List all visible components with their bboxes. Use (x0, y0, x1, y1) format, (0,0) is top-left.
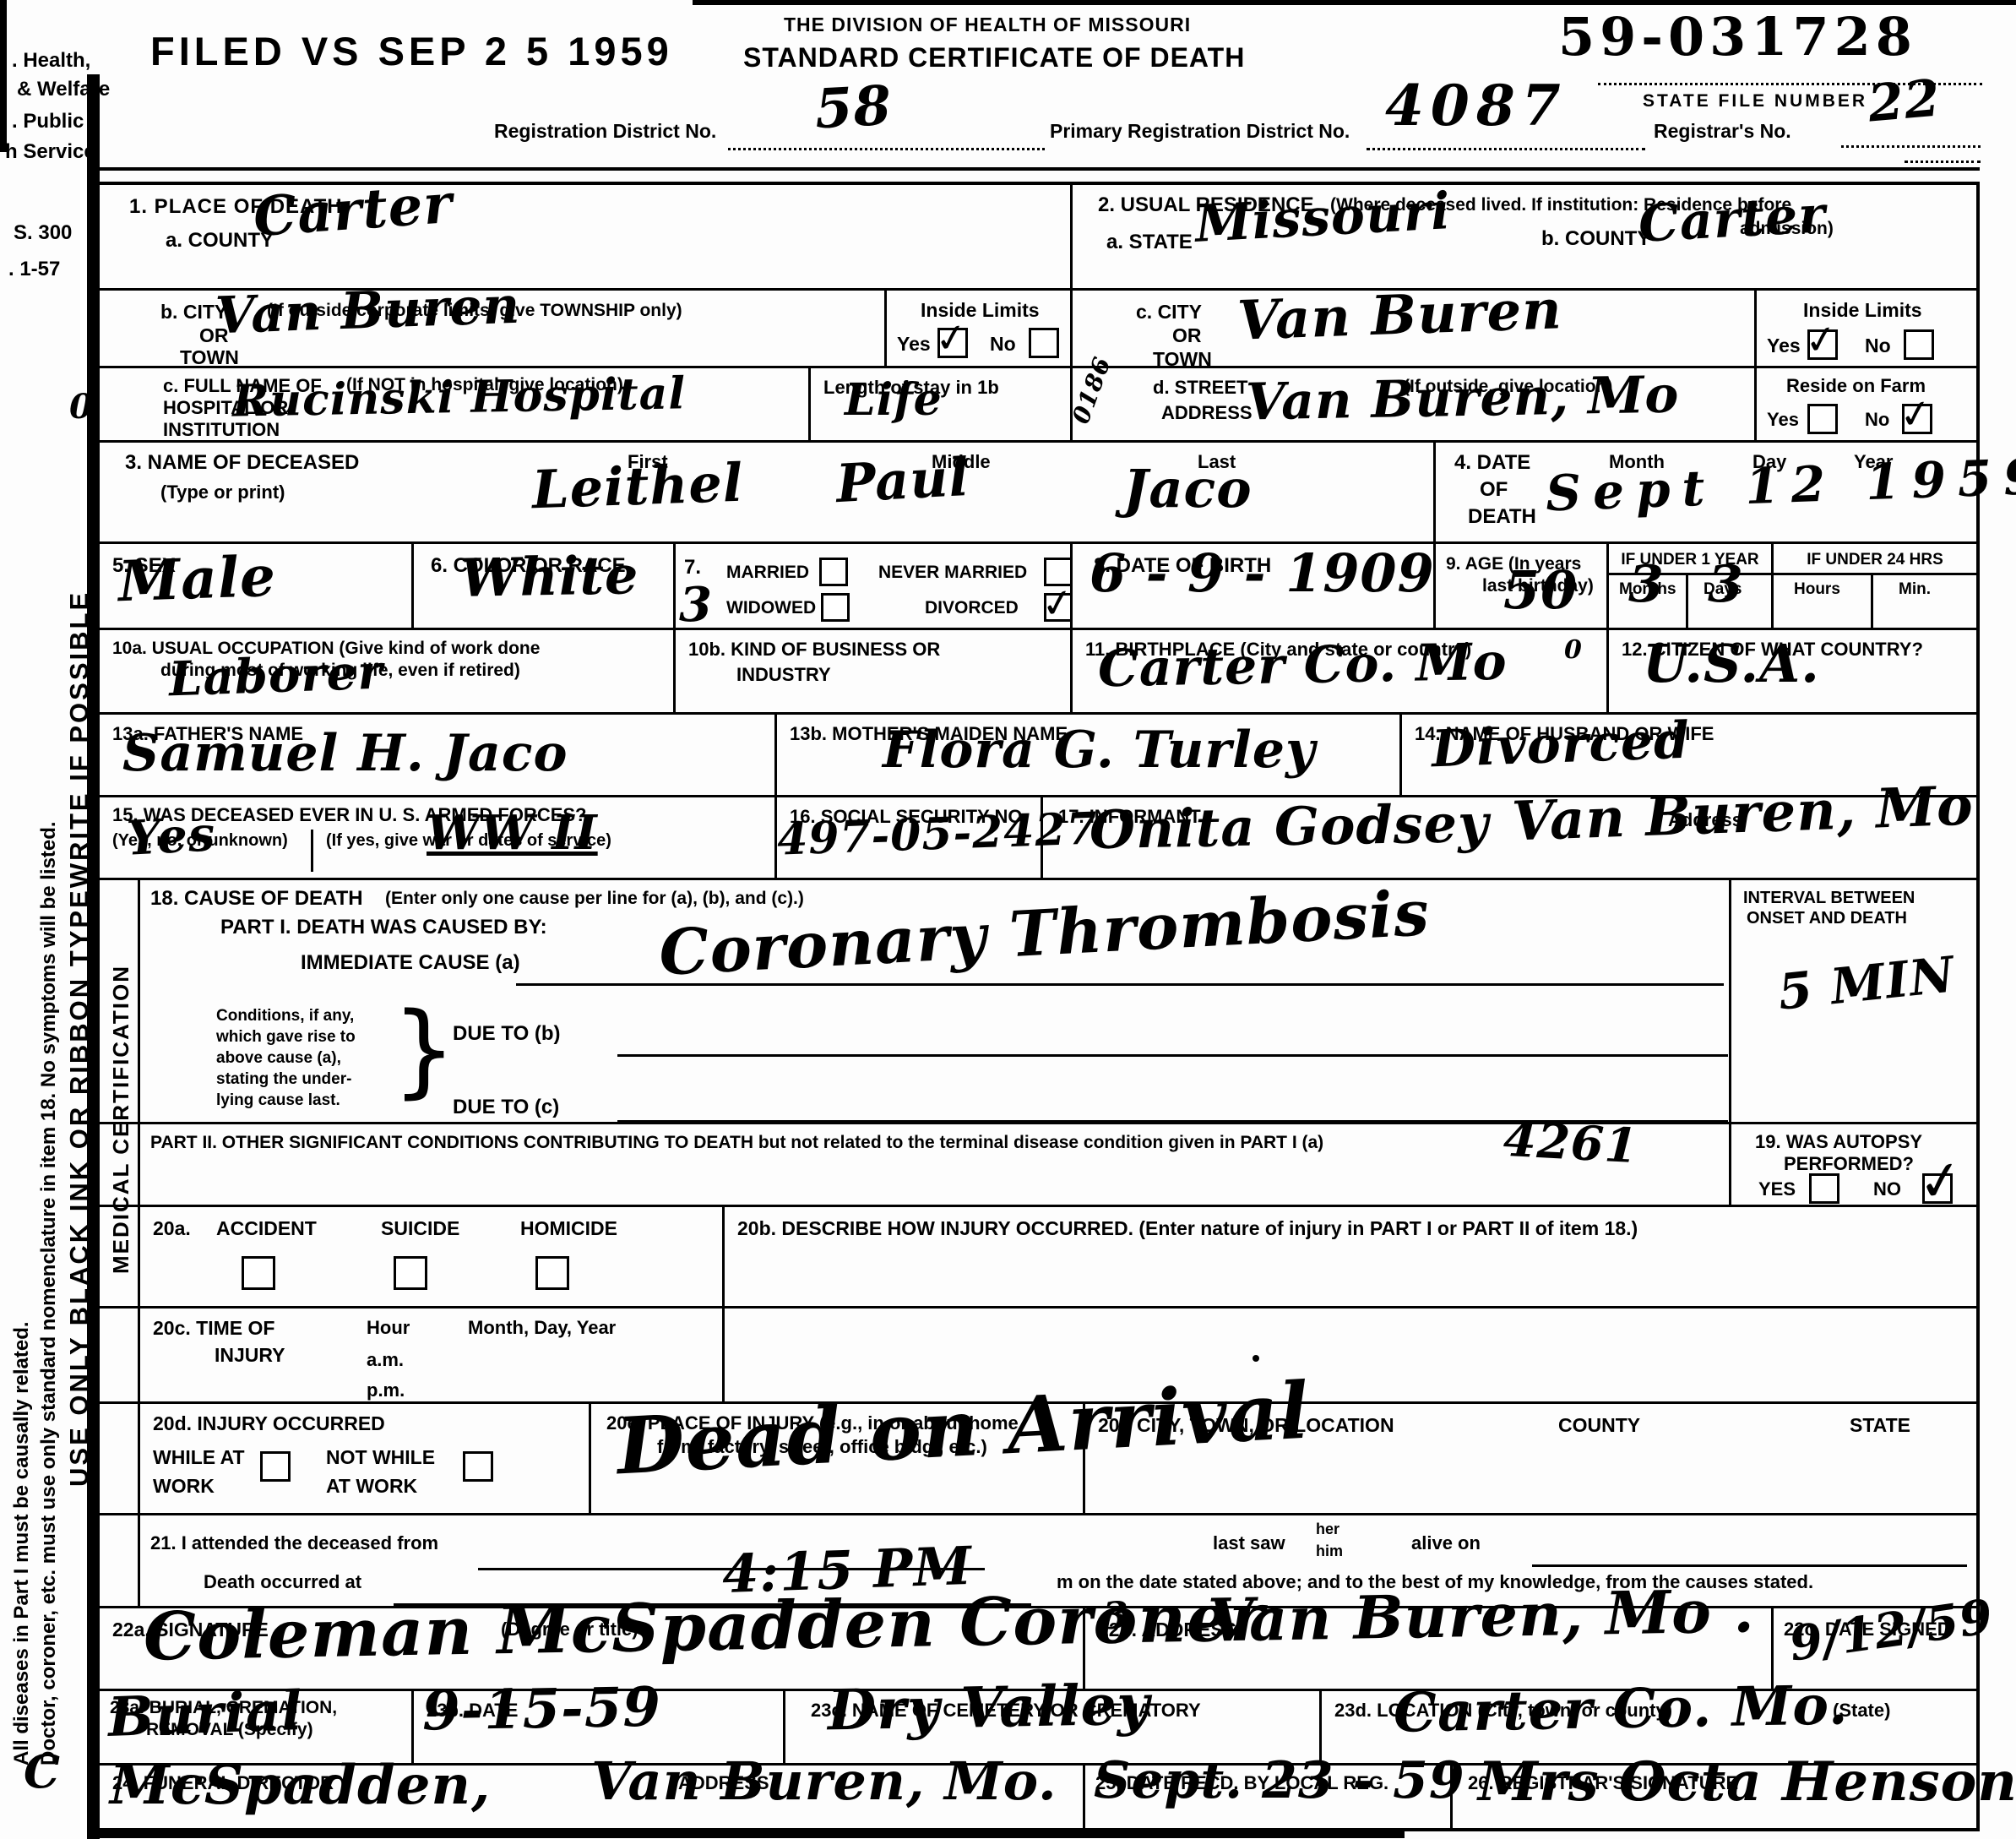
value-certifier-signature: Coleman McSpadden Coroner (143, 1585, 1265, 1670)
stray-mark-signature: 3 (1102, 1598, 1129, 1635)
registrar-no-value: 22 (1867, 73, 1943, 129)
label-autopsy-no: NO (1873, 1178, 1901, 1200)
value-residence-county: Carter (1638, 189, 1828, 250)
reg-district-line (728, 148, 1045, 150)
filed-stamp: FILED VS SEP 2 5 1959 (150, 29, 673, 74)
value-informant: Onita Godsey (1089, 797, 1489, 857)
checkbox-accident (242, 1256, 275, 1290)
label-month-day-year: Month, Day, Year (468, 1317, 616, 1338)
stray-mark-birthplace: 0 (1564, 638, 1583, 663)
label-due-to-b: DUE TO (b) (453, 1022, 561, 1046)
division-title: THE DIVISION OF HEALTH OF MISSOURI (784, 14, 1191, 35)
label-conditions-3: above cause (a), (216, 1049, 341, 1068)
field-2c-inside-limits: Inside Limits Yes No (1757, 291, 1976, 368)
label-state-20f: STATE (1850, 1414, 1910, 1436)
checkbox-homicide (535, 1256, 569, 1290)
value-registrar-name: Mrs Octa Henson (1478, 1755, 2016, 1809)
value-mother-name: Flora G. Turley (883, 725, 1316, 775)
label-never-married: NEVER MARRIED (878, 563, 1027, 583)
value-middle-name: Paul (834, 451, 970, 510)
label-suicide: SUICIDE (381, 1217, 459, 1239)
label-pm: p.m. (367, 1379, 405, 1401)
value-occupation: Laborer (168, 649, 384, 704)
margin-note-diseases: All diseases in Part I must be causally … (10, 1321, 34, 1766)
label-yes-1: Yes (897, 333, 931, 355)
due-to-b-line (617, 1054, 1728, 1057)
checkbox-inside-limits-2-yes (1807, 329, 1838, 360)
value-marital-note: 3 (679, 581, 713, 628)
medical-certification-strip (100, 1207, 140, 1309)
label-divorced: DIVORCED (925, 598, 1019, 618)
label-town-1: TOWN (180, 346, 239, 368)
value-armed-forces-war: WW II (427, 809, 598, 857)
medical-certification-strip (100, 1124, 140, 1207)
label-town-2: TOWN (1153, 348, 1212, 370)
label-min: Min. (1899, 580, 1931, 599)
checkbox-not-while-at-work (463, 1451, 493, 1482)
medical-certification-strip (100, 1404, 140, 1515)
reg-district-value: 58 (813, 79, 893, 138)
label-hour: Hour (367, 1317, 410, 1338)
label-part-2: PART II. OTHER SIGNIFICANT CONDITIONS CO… (150, 1133, 1323, 1153)
value-citizen: U.S.A. (1643, 638, 1820, 690)
form-top-rule (100, 167, 1980, 171)
scan-left-edge (0, 0, 7, 152)
certificate-title: STANDARD CERTIFICATE OF DEATH (743, 42, 1245, 73)
registrar-no-line1 (1841, 145, 1981, 148)
value-ssn: 497-05-2427 (776, 807, 1098, 862)
value-birthplace: Carter Co. Mo (1098, 637, 1508, 694)
label-conditions-1: Conditions, if any, (216, 1007, 354, 1026)
field-20b-describe-injury: 20b. DESCRIBE HOW INJURY OCCURRED. (Ente… (725, 1207, 1976, 1309)
scan-top-edge (693, 0, 2016, 5)
label-part-1: PART I. DEATH WAS CAUSED BY: (220, 916, 547, 939)
label-industry-1: 10b. KIND OF BUSINESS OR (688, 639, 940, 660)
label-interval-1: INTERVAL BETWEEN (1743, 889, 1915, 908)
field-18-part-2: PART II. OTHER SIGNIFICANT CONDITIONS CO… (140, 1124, 1731, 1207)
field-20a-accident: 20a. ACCIDENT SUICIDE HOMICIDE (140, 1207, 725, 1309)
value-last-name: Jaco (1123, 463, 1253, 515)
value-sex: Male (117, 548, 277, 609)
label-conditions-2: which gave rise to (216, 1028, 356, 1047)
label-no-1: No (990, 333, 1016, 355)
label-state: a. STATE (1106, 231, 1193, 254)
value-father-name: Samuel H. Jaco (122, 728, 568, 779)
label-immediate-cause: IMMEDIATE CAUSE (a) (301, 951, 520, 975)
checkbox-suicide (394, 1256, 427, 1290)
field-19-autopsy: 19. WAS AUTOPSY PERFORMED? YES NO (1731, 1124, 1976, 1207)
label-at-work: AT WORK (326, 1475, 417, 1497)
label-due-to-c: DUE TO (c) (453, 1096, 559, 1119)
medical-certification-strip (100, 1309, 140, 1404)
label-while-at: WHILE AT (153, 1446, 245, 1468)
value-burial-date: 9-15-59 (421, 1681, 661, 1739)
value-city-of-death: Van Buren (215, 280, 521, 342)
value-armed-forces-yes: Yes (126, 810, 217, 862)
label-am: a.m. (367, 1349, 404, 1370)
label-married: MARRIED (726, 563, 809, 583)
checkbox-inside-limits-2-no (1904, 329, 1934, 360)
margin-note-black-ink: USE ONLY BLACK INK OR RIBBON TYPEWRITE I… (64, 590, 95, 1487)
label-7: 7. (684, 556, 701, 579)
value-spouse: Divorced (1431, 715, 1691, 775)
value-burial-location: Carter Co. Mo. (1393, 1678, 1848, 1740)
label-death-occurred-at: Death occurred at (204, 1571, 361, 1592)
value-part-2-code: 4261 (1502, 1116, 1640, 1170)
label-death: DEATH (1468, 505, 1536, 529)
corner-text-line4: h Service (5, 140, 95, 164)
reg-district-label: Registration District No. (494, 120, 716, 142)
label-address: ADDRESS (1161, 402, 1253, 423)
label-autopsy-yes: YES (1758, 1178, 1796, 1200)
value-date-received: Sept. 23 - 59 (1094, 1755, 1465, 1806)
label-autopsy-1: 19. WAS AUTOPSY (1755, 1131, 1922, 1152)
label-of: OF (1480, 478, 1508, 502)
field-7-marital-status: 7. MARRIED NEVER MARRIED WIDOWED DIVORCE… (676, 544, 1073, 630)
label-conditions-4: stating the under- (216, 1070, 351, 1089)
label-cause-of-death: 18. CAUSE OF DEATH (150, 887, 363, 911)
label-county-20f: COUNTY (1558, 1414, 1640, 1436)
label-farm-yes: Yes (1767, 409, 1799, 430)
ink-dot-artifact (1253, 1355, 1259, 1362)
label-autopsy-2: PERFORMED? (1784, 1153, 1914, 1174)
value-age-days: 3 (1708, 559, 1744, 610)
value-length-of-stay: Life (845, 378, 943, 422)
checkbox-married (819, 558, 848, 586)
label-attended-from: 21. I attended the deceased from (150, 1532, 438, 1553)
value-race: White (459, 549, 638, 605)
checkbox-farm-yes (1807, 404, 1838, 434)
registrar-no-label: Registrar's No. (1654, 120, 1791, 142)
subfield-hours: Hours (1774, 575, 1873, 630)
primary-district-value: 4087 (1385, 78, 1568, 133)
subfield-min: Min. (1873, 575, 1976, 630)
medical-certification-strip (100, 880, 140, 1124)
value-residence-state: Missouri (1194, 186, 1453, 250)
value-hospital-name: Rucinski Hospital (232, 372, 687, 423)
field-9-under-24-hrs: IF UNDER 24 HRS Hours Min. (1774, 544, 1976, 630)
death-certificate-scan: . Health, & Welfare . Public h Service S… (0, 0, 2016, 1839)
value-age: 50 (1503, 564, 1578, 617)
value-date-of-birth: 6 - 9 - 1909 (1090, 547, 1435, 600)
value-residence-city: Van Buren (1236, 283, 1563, 348)
label-time-of: 20c. TIME OF (153, 1317, 274, 1339)
checkbox-farm-no (1902, 404, 1932, 434)
label-name-of-deceased: 3. NAME OF DECEASED (125, 451, 359, 475)
primary-district-label: Primary Registration District No. (1050, 120, 1350, 142)
armed-forces-divider (311, 830, 313, 872)
value-first-name: Leithel (531, 457, 744, 517)
margin-note-nomenclature: Doctor, coroner, etc. must use only stan… (37, 821, 61, 1766)
corner-text-line1: . Health, (12, 49, 90, 73)
label-or-2: OR (1172, 324, 1202, 346)
label-last-saw: last saw (1213, 1532, 1285, 1553)
label-conditions-5: lying cause last. (216, 1091, 340, 1110)
label-no-2: No (1865, 335, 1891, 356)
label-date: 4. DATE (1454, 451, 1530, 475)
note-one-cause-per-line: (Enter only one cause per line for (a), … (385, 889, 804, 909)
value-burial: Burial (107, 1684, 304, 1745)
field-10b-industry: 10b. KIND OF BUSINESS OR INDUSTRY (676, 630, 1073, 715)
checkbox-autopsy-yes (1809, 1173, 1839, 1204)
label-injury: INJURY (215, 1344, 285, 1366)
registrar-no-line2 (1905, 161, 1981, 163)
primary-district-line (1367, 148, 1645, 150)
checkbox-divorced (1044, 593, 1073, 622)
field-20d-injury-occurred: 20d. INJURY OCCURRED WHILE AT WORK NOT W… (140, 1404, 591, 1515)
label-residence-county: b. COUNTY (1541, 227, 1650, 251)
form-revision: . 1-57 (8, 258, 60, 281)
label-describe-injury: 20b. DESCRIBE HOW INJURY OCCURRED. (Ente… (737, 1217, 1638, 1239)
label-farm-no: No (1865, 409, 1889, 430)
label-widowed: WIDOWED (726, 598, 816, 618)
value-age-months: 3 (1628, 559, 1665, 610)
label-yes-2: Yes (1767, 335, 1801, 356)
alive-on-line (1532, 1564, 1967, 1567)
label-type-or-print: (Type or print) (160, 482, 285, 503)
value-funeral-director-address: Van Buren, Mo. (591, 1755, 1057, 1808)
corner-text-line2: & Welfare (17, 78, 110, 101)
label-injury-occurred: 20d. INJURY OCCURRED (153, 1412, 385, 1434)
field-1-place-of-death: 1. PLACE OF DEATH a. COUNTY (100, 185, 1073, 291)
value-certifier-address: Van Buren, Mo . (1207, 1581, 1755, 1650)
label-industry-2: INDUSTRY (736, 664, 831, 685)
state-file-number-label: STATE FILE NUMBER (1643, 91, 1867, 112)
value-informant-address: Van Buren, Mo (1511, 779, 1975, 849)
label-street: d. STREET (1153, 377, 1247, 398)
label-her: her (1316, 1521, 1339, 1538)
corner-text-line3: . Public (12, 110, 84, 133)
checkbox-autopsy-no (1922, 1173, 1953, 1204)
label-accident: ACCIDENT (216, 1217, 317, 1239)
label-him: him (1316, 1542, 1343, 1560)
field-2d-reside-on-farm: Reside on Farm Yes No (1757, 368, 1976, 443)
medical-certification-strip (100, 1515, 140, 1608)
label-alive-on: alive on (1411, 1532, 1481, 1553)
label-hours: Hours (1794, 580, 1840, 599)
label-homicide: HOMICIDE (520, 1217, 617, 1239)
checkbox-while-at-work (260, 1451, 291, 1482)
label-work: WORK (153, 1475, 215, 1497)
label-not-while: NOT WHILE (326, 1446, 435, 1468)
form-number: S. 300 (14, 221, 72, 245)
checkbox-widowed (821, 593, 850, 622)
state-file-number-value: 59-031728 (1558, 7, 1917, 67)
value-funeral-director: McSpadden, (110, 1759, 491, 1813)
checkbox-inside-limits-1-no (1029, 328, 1059, 358)
checkbox-inside-limits-1-yes (937, 328, 968, 358)
value-cemetery: Dry Valley (827, 1677, 1150, 1738)
label-20a: 20a. (153, 1217, 191, 1239)
label-if-under-24-hrs: IF UNDER 24 HRS (1774, 544, 1976, 575)
label-interval-2: ONSET AND DEATH (1747, 909, 1907, 928)
field-1b-inside-limits: Inside Limits Yes No (887, 291, 1073, 368)
value-county-of-death: Carter (252, 177, 454, 245)
value-street-address: Van Buren, Mo (1246, 370, 1680, 428)
label-residence-city: c. CITY (1136, 301, 1202, 323)
conditions-brace: } (392, 1000, 456, 1102)
field-20c-time-of-injury: 20c. TIME OF INJURY Hour a.m. p.m. Month… (140, 1309, 725, 1404)
stray-mark-hospital: 0 (69, 390, 94, 424)
